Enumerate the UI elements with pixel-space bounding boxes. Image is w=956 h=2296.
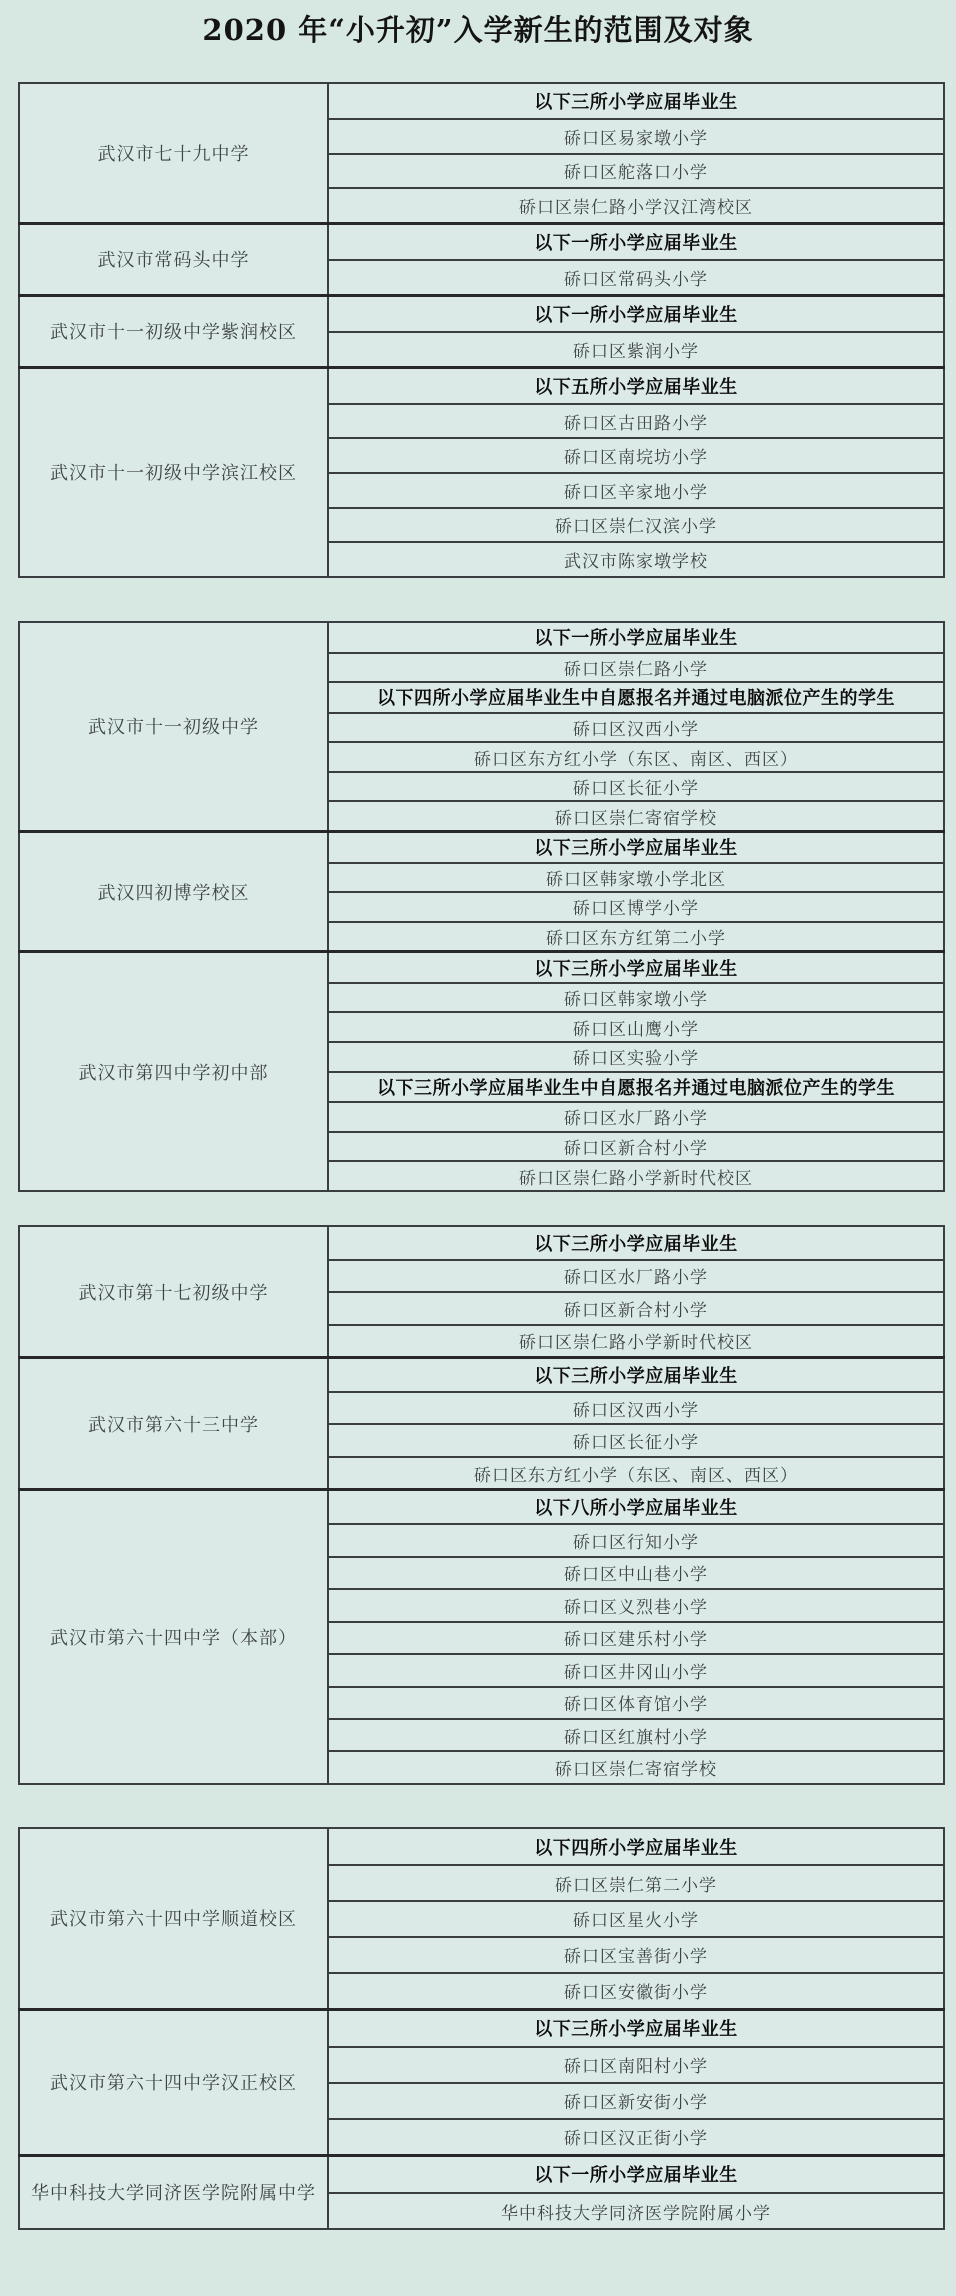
primary-school-cell: 硚口区古田路小学	[328, 404, 944, 439]
primary-school-cell: 硚口区体育馆小学	[328, 1687, 944, 1719]
middle-school-cell: 武汉市十一初级中学滨江校区	[19, 367, 328, 577]
group-header-cell: 以下一所小学应届毕业生	[328, 223, 944, 260]
primary-school-cell: 华中科技大学同济医学院附属小学	[328, 2193, 944, 2229]
table-row: 武汉市第六十四中学（本部）以下八所小学应届毕业生	[19, 1490, 944, 1524]
middle-school-cell: 武汉市第四中学初中部	[19, 952, 328, 1191]
primary-school-cell: 武汉市陈家墩学校	[328, 542, 944, 577]
primary-school-cell: 硚口区水厂路小学	[328, 1102, 944, 1132]
document: { "page": { "title": "2020 年“小升初”入学新生的范围…	[0, 0, 956, 2296]
table-row: 武汉市十一初级中学紫润校区以下一所小学应届毕业生	[19, 295, 944, 332]
table-row: 武汉市第六十四中学汉正校区以下三所小学应届毕业生	[19, 2009, 944, 2047]
table-row: 武汉市十一初级中学以下一所小学应届毕业生	[19, 622, 944, 653]
primary-school-cell: 硚口区新安街小学	[328, 2083, 944, 2119]
table-row: 武汉市第十七初级中学以下三所小学应届毕业生	[19, 1226, 944, 1260]
middle-school-cell: 武汉市常码头中学	[19, 223, 328, 295]
group-header-cell: 以下三所小学应届毕业生	[328, 1358, 944, 1392]
middle-school-cell: 武汉市第六十四中学（本部）	[19, 1490, 328, 1784]
primary-school-cell: 硚口区紫润小学	[328, 332, 944, 367]
primary-school-cell: 硚口区崇仁寄宿学校	[328, 1751, 944, 1784]
middle-school-cell: 武汉市第六十四中学汉正校区	[19, 2009, 328, 2155]
group-header-cell: 以下三所小学应届毕业生	[328, 1226, 944, 1260]
primary-school-cell: 硚口区义烈巷小学	[328, 1589, 944, 1621]
enrollment-table-4: 武汉市第六十四中学顺道校区以下四所小学应届毕业生硚口区崇仁第二小学硚口区星火小学…	[18, 1827, 945, 2230]
primary-school-cell: 硚口区韩家墩小学	[328, 983, 944, 1013]
table-row: 华中科技大学同济医学院附属中学以下一所小学应届毕业生	[19, 2155, 944, 2193]
primary-school-cell: 硚口区新合村小学	[328, 1132, 944, 1162]
middle-school-cell: 华中科技大学同济医学院附属中学	[19, 2155, 328, 2229]
middle-school-cell: 武汉市第六十四中学顺道校区	[19, 1828, 328, 2009]
group-header-cell: 以下五所小学应届毕业生	[328, 367, 944, 404]
primary-school-cell: 硚口区宝善街小学	[328, 1937, 944, 1973]
primary-school-cell: 硚口区博学小学	[328, 892, 944, 922]
group-header-cell: 以下四所小学应届毕业生中自愿报名并通过电脑派位产生的学生	[328, 682, 944, 713]
primary-school-cell: 硚口区汉西小学	[328, 1392, 944, 1424]
group-header-cell: 以下三所小学应届毕业生	[328, 831, 944, 862]
primary-school-cell: 硚口区崇仁路小学新时代校区	[328, 1325, 944, 1358]
group-header-cell: 以下三所小学应届毕业生	[328, 952, 944, 983]
table-row: 武汉市十一初级中学滨江校区以下五所小学应届毕业生	[19, 367, 944, 404]
primary-school-cell: 硚口区崇仁路小学新时代校区	[328, 1161, 944, 1191]
middle-school-cell: 武汉市第六十三中学	[19, 1358, 328, 1490]
group-header-cell: 以下一所小学应届毕业生	[328, 2155, 944, 2193]
middle-school-cell: 武汉四初博学校区	[19, 831, 328, 951]
primary-school-cell: 硚口区崇仁路小学	[328, 653, 944, 683]
middle-school-cell: 武汉市七十九中学	[19, 83, 328, 223]
enrollment-table-3: 武汉市第十七初级中学以下三所小学应届毕业生硚口区水厂路小学硚口区新合村小学硚口区…	[18, 1225, 945, 1785]
primary-school-cell: 硚口区星火小学	[328, 1901, 944, 1937]
group-header-cell: 以下八所小学应届毕业生	[328, 1490, 944, 1524]
primary-school-cell: 硚口区行知小学	[328, 1524, 944, 1556]
primary-school-cell: 硚口区建乐村小学	[328, 1622, 944, 1654]
table-row: 武汉市七十九中学以下三所小学应届毕业生	[19, 83, 944, 119]
primary-school-cell: 硚口区韩家墩小学北区	[328, 863, 944, 893]
primary-school-cell: 硚口区新合村小学	[328, 1292, 944, 1324]
primary-school-cell: 硚口区汉西小学	[328, 713, 944, 743]
primary-school-cell: 硚口区南垸坊小学	[328, 438, 944, 473]
primary-school-cell: 硚口区井冈山小学	[328, 1654, 944, 1686]
primary-school-cell: 硚口区汉正街小学	[328, 2119, 944, 2156]
table-row: 武汉市常码头中学以下一所小学应届毕业生	[19, 223, 944, 260]
enrollment-table-1: 武汉市七十九中学以下三所小学应届毕业生硚口区易家墩小学硚口区舵落口小学硚口区崇仁…	[18, 82, 945, 578]
table-row: 武汉四初博学校区以下三所小学应届毕业生	[19, 831, 944, 862]
primary-school-cell: 硚口区崇仁路小学汉江湾校区	[328, 188, 944, 223]
primary-school-cell: 硚口区东方红第二小学	[328, 922, 944, 952]
primary-school-cell: 硚口区山鹰小学	[328, 1012, 944, 1042]
primary-school-cell: 硚口区水厂路小学	[328, 1260, 944, 1292]
primary-school-cell: 硚口区长征小学	[328, 1424, 944, 1456]
primary-school-cell: 硚口区安徽街小学	[328, 1973, 944, 2010]
middle-school-cell: 武汉市第十七初级中学	[19, 1226, 328, 1358]
group-header-cell: 以下三所小学应届毕业生中自愿报名并通过电脑派位产生的学生	[328, 1072, 944, 1103]
enrollment-table-2: 武汉市十一初级中学以下一所小学应届毕业生硚口区崇仁路小学以下四所小学应届毕业生中…	[18, 621, 945, 1192]
table-row: 武汉市第六十四中学顺道校区以下四所小学应届毕业生	[19, 1828, 944, 1865]
page-title: 2020 年“小升初”入学新生的范围及对象	[0, 8, 956, 49]
primary-school-cell: 硚口区易家墩小学	[328, 119, 944, 154]
group-header-cell: 以下一所小学应届毕业生	[328, 295, 944, 332]
primary-school-cell: 硚口区舵落口小学	[328, 154, 944, 189]
primary-school-cell: 硚口区长征小学	[328, 772, 944, 802]
primary-school-cell: 硚口区崇仁寄宿学校	[328, 801, 944, 831]
middle-school-cell: 武汉市十一初级中学	[19, 622, 328, 831]
primary-school-cell: 硚口区常码头小学	[328, 260, 944, 295]
middle-school-cell: 武汉市十一初级中学紫润校区	[19, 295, 328, 367]
primary-school-cell: 硚口区实验小学	[328, 1042, 944, 1072]
primary-school-cell: 硚口区东方红小学（东区、南区、西区）	[328, 1457, 944, 1490]
primary-school-cell: 硚口区崇仁第二小学	[328, 1865, 944, 1901]
primary-school-cell: 硚口区中山巷小学	[328, 1557, 944, 1589]
primary-school-cell: 硚口区红旗村小学	[328, 1719, 944, 1751]
group-header-cell: 以下三所小学应届毕业生	[328, 83, 944, 119]
primary-school-cell: 硚口区南阳村小学	[328, 2047, 944, 2083]
group-header-cell: 以下四所小学应届毕业生	[328, 1828, 944, 1865]
table-row: 武汉市第四中学初中部以下三所小学应届毕业生	[19, 952, 944, 983]
table-row: 武汉市第六十三中学以下三所小学应届毕业生	[19, 1358, 944, 1392]
primary-school-cell: 硚口区东方红小学（东区、南区、西区）	[328, 742, 944, 772]
group-header-cell: 以下三所小学应届毕业生	[328, 2009, 944, 2047]
primary-school-cell: 硚口区崇仁汉滨小学	[328, 508, 944, 543]
group-header-cell: 以下一所小学应届毕业生	[328, 622, 944, 653]
primary-school-cell: 硚口区辛家地小学	[328, 473, 944, 508]
